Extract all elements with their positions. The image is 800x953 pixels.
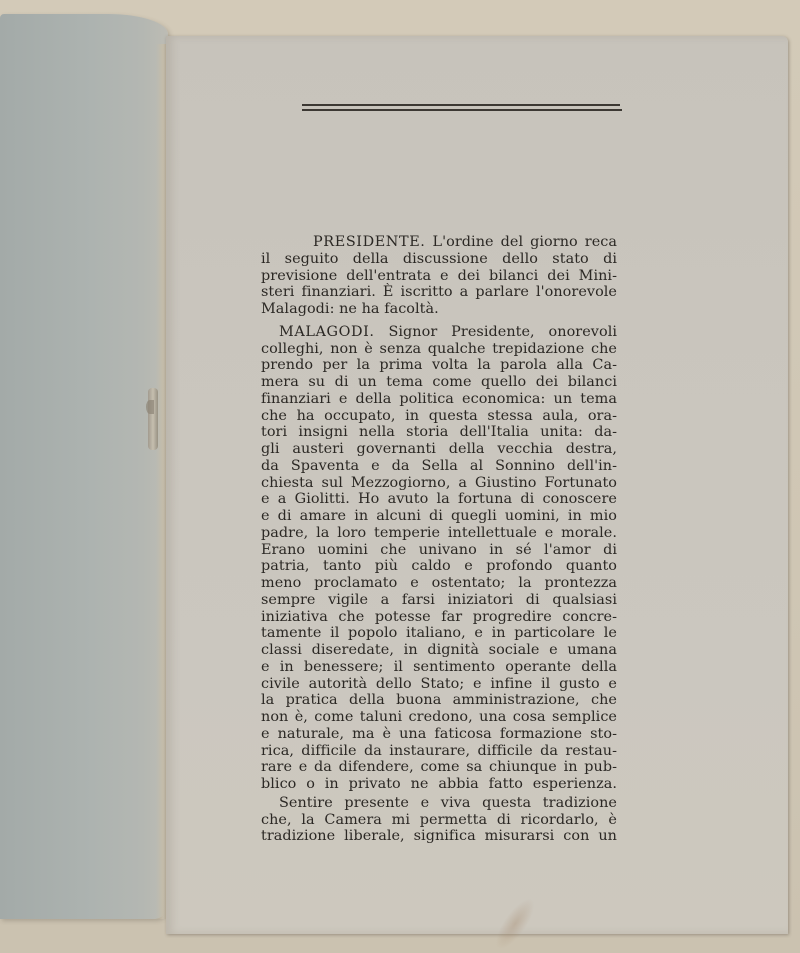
booklet-cover	[0, 14, 168, 919]
document-page: PRESIDENTE. L'ordine del giorno reca il …	[166, 36, 788, 934]
speech-text: PRESIDENTE. L'ordine del giorno reca il …	[261, 234, 617, 851]
paragraph-malagodi: MALAGODI. Signor Presidente, onorevoli c…	[261, 324, 617, 793]
paragraph-continuation: Sentire presente e viva questa tradizion…	[261, 795, 617, 845]
paragraph-presidente: PRESIDENTE. L'ordine del giorno reca il …	[261, 234, 617, 318]
speaker-name: MALAGODI.	[279, 324, 375, 340]
top-double-rule-upper	[302, 104, 620, 106]
top-double-rule-lower	[302, 109, 622, 111]
binding-tear	[146, 400, 154, 414]
speaker-name: PRESIDENTE.	[313, 234, 425, 250]
staple-binding	[148, 388, 158, 450]
